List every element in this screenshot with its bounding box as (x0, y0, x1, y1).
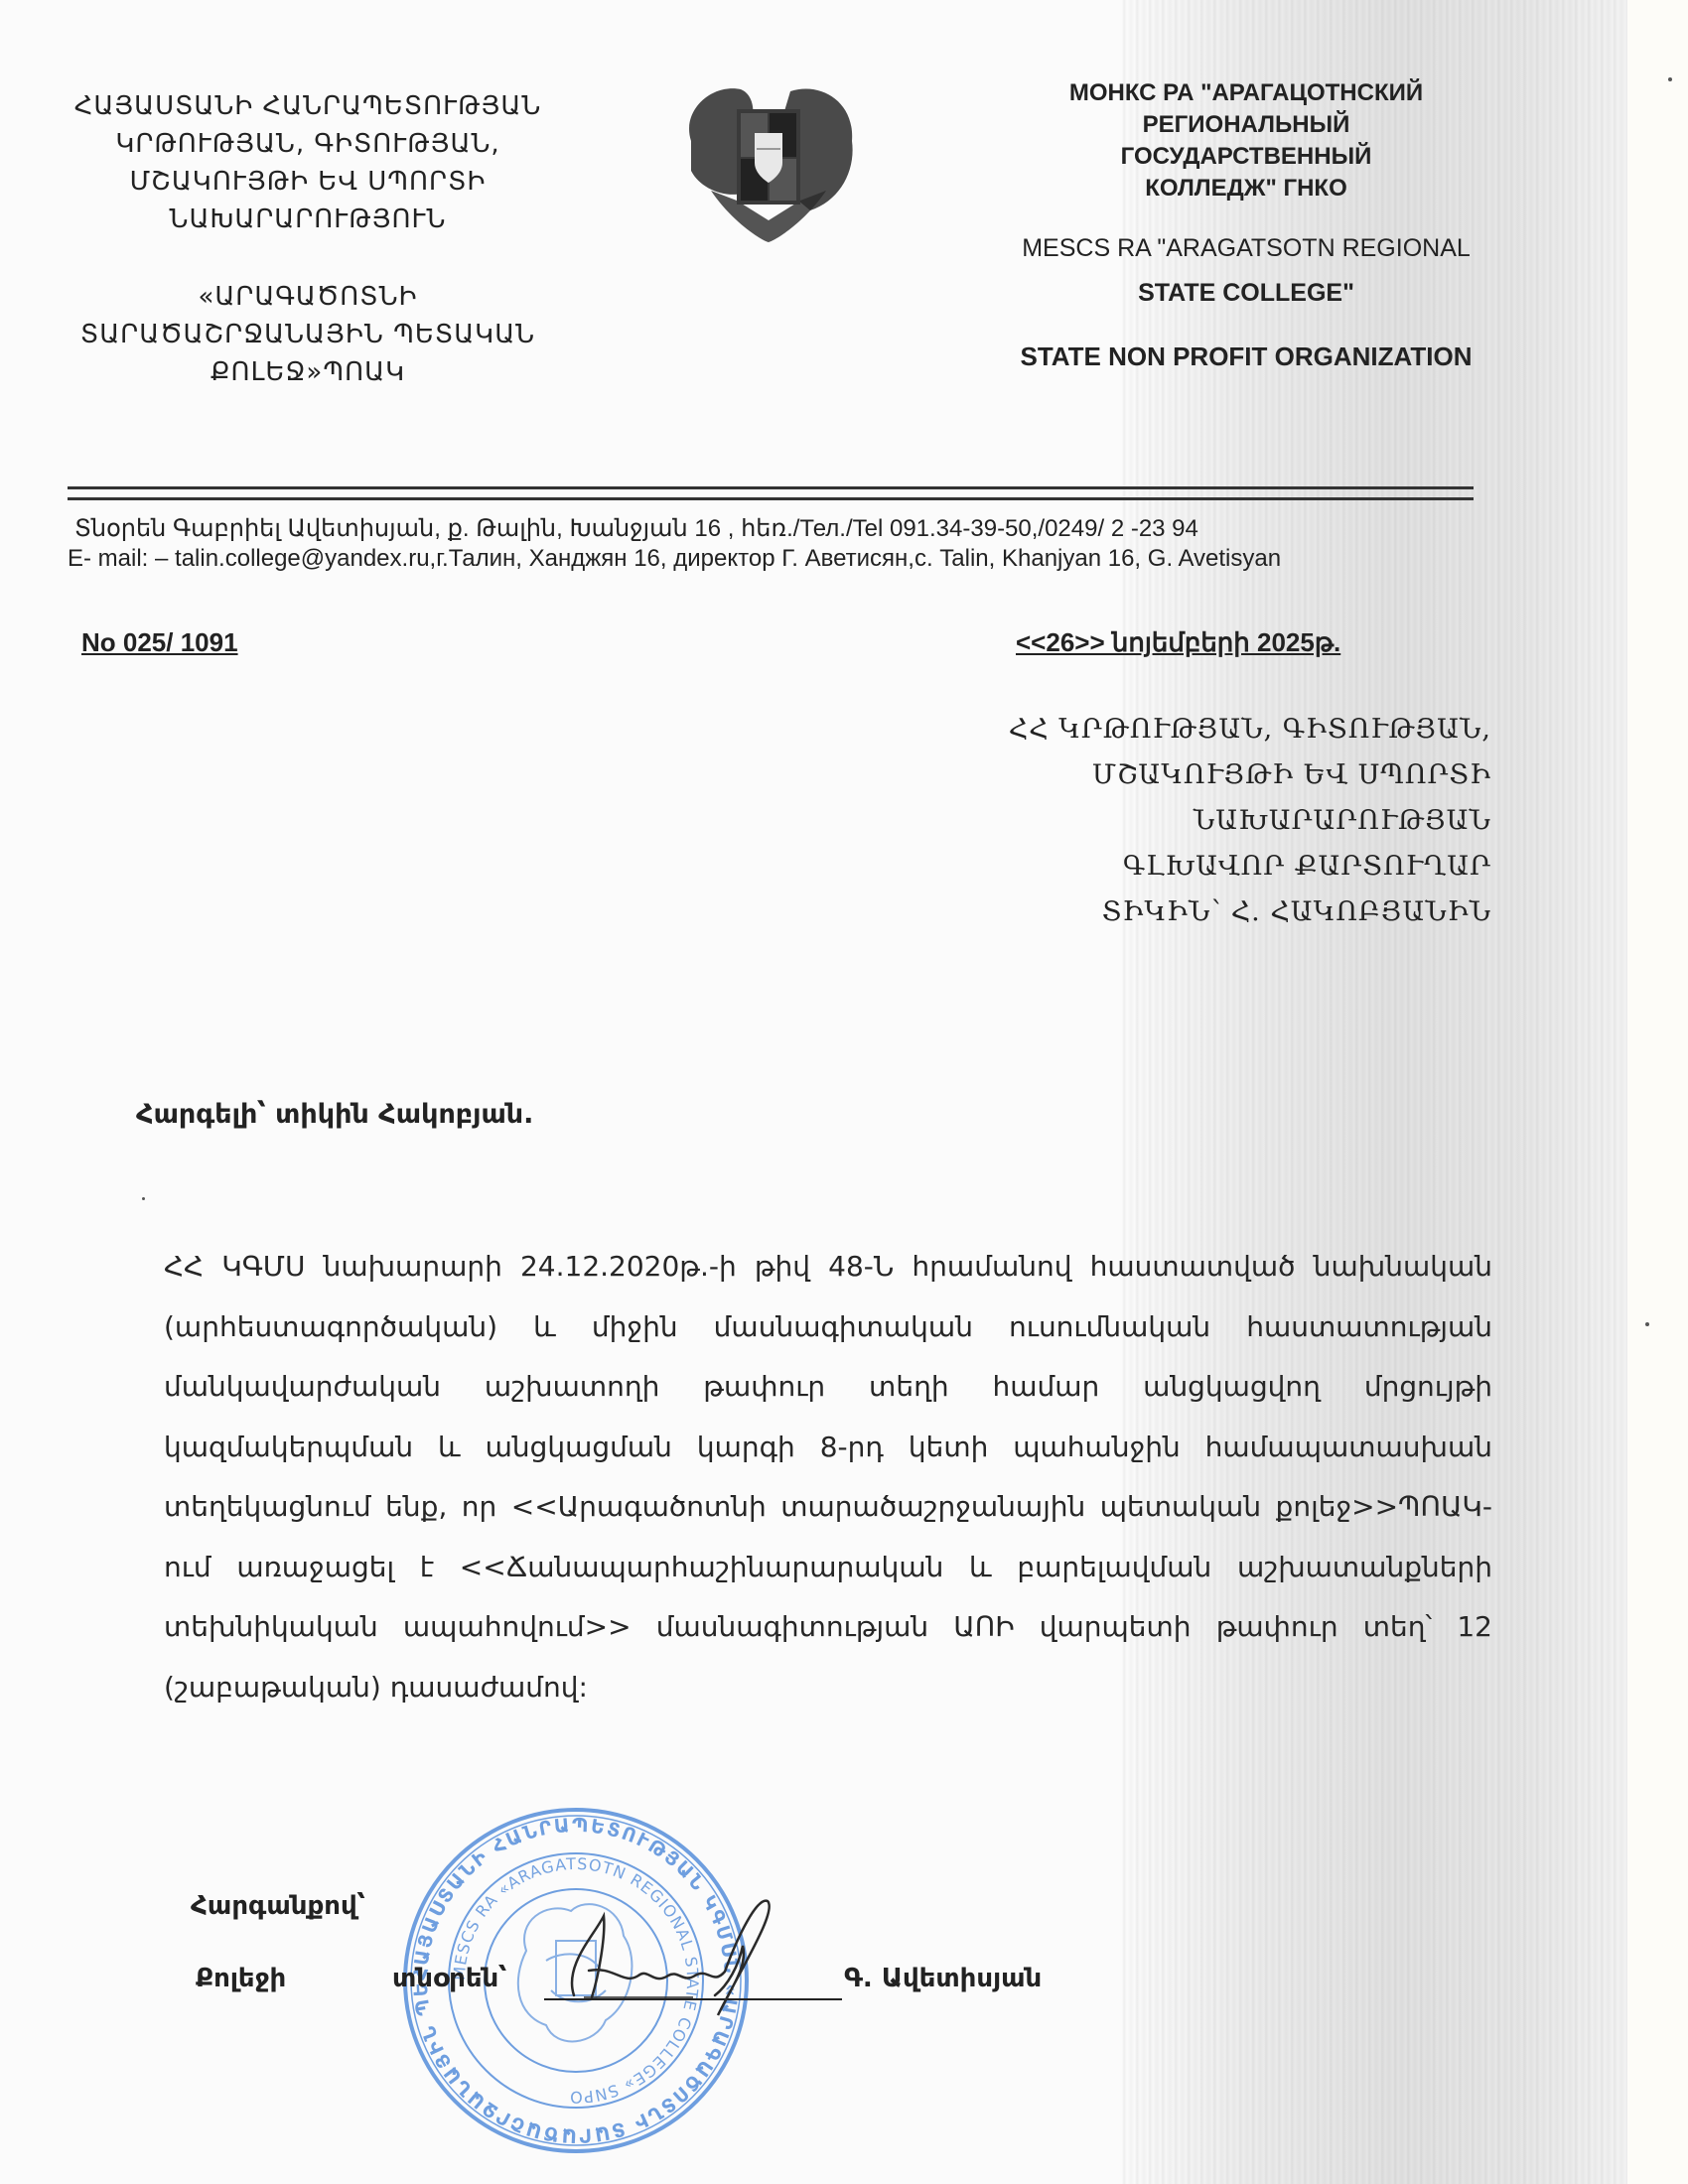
contact-info: Տնօրեն Գաբրիել Ավետիսյան, ք. Թալին, Խանջ… (74, 514, 1504, 574)
salutation: Հարգելի՝ տիկին Հակոբյան. (136, 1099, 533, 1130)
ministry-line-3: ՄՇԱԿՈՒՅԹԻ ԵՎ ՍՊՈՐՏԻ (30, 163, 586, 201)
scan-speck (142, 1197, 145, 1200)
college-en-line-2: STATE COLLEGE" (978, 276, 1514, 310)
college-line-2: ՏԱՐԱԾԱՇՐՋԱՆԱՅԻՆ ՊԵՏԱԿԱՆ (30, 316, 586, 353)
header-foreign-block: МОНКС РА "АРАГАЦОТНСКИЙ РЕГИОНАЛЬНЫЙ ГОС… (978, 77, 1514, 373)
scan-speck (1645, 1322, 1649, 1326)
document-number: No 025/ 1091 (81, 627, 238, 658)
recipient-line-2: ՄՇԱԿՈՒՅԹԻ ԵՎ ՍՊՈՐՏԻ (1009, 752, 1491, 798)
header-divider (68, 486, 1474, 500)
handwritten-signature-icon (544, 1876, 782, 2025)
recipient-line-1: ՀՀ ԿՐԹՈՒԹՅԱՆ, ԳԻՏՈՒԹՅԱՆ, (1009, 707, 1491, 752)
college-ru-line-3: ГОСУДАРСТВЕННЫЙ (978, 141, 1514, 173)
college-ru-line-2: РЕГИОНАЛЬНЫЙ (978, 109, 1514, 141)
ministry-line-1: ՀԱՅԱՍՏԱՆԻ ՀԱՆՐԱՊԵՏՈՒԹՅԱՆ (30, 87, 586, 125)
recipient-line-3: ՆԱԽԱՐԱՐՈՒԹՅԱՆ (1009, 798, 1491, 844)
header-armenian-block: ՀԱՅԱՍՏԱՆԻ ՀԱՆՐԱՊԵՏՈՒԹՅԱՆ ԿՐԹՈՒԹՅԱՆ, ԳԻՏՈ… (30, 87, 586, 391)
document-date: <<26>> նոյեմբերի 2025թ. (1016, 627, 1340, 658)
contact-line-1: Տնօրեն Գաբրիել Ավետիսյան, ք. Թալին, Խանջ… (74, 514, 1504, 544)
letter-body: ՀՀ ԿԳՄՍ նախարարի 24.12.2020թ.-ի թիվ 48-Ն… (164, 1237, 1492, 1717)
signatory-name: Գ. Ավետիսյան (844, 1964, 1042, 1993)
signature-regards: Հարգանքով՝ (191, 1891, 365, 1921)
recipient-line-4: ԳԼԽԱՎՈՐ ՔԱՐՏՈՒՂԱՐ (1009, 844, 1491, 889)
college-en-line-1: MESCS RA "ARAGATSOTN REGIONAL (978, 232, 1514, 264)
scan-speck (1668, 77, 1672, 81)
signature-title-director: տնօրեն՝ (392, 1964, 506, 1993)
college-ru-line-4: КОЛЛЕДЖ" ГНКО (978, 173, 1514, 205)
college-line-1: «ԱՐԱԳԱԾՈՏՆԻ (30, 278, 586, 316)
college-ru-line-1: МОНКС РА "АРАГАЦОТНСКИЙ (978, 77, 1514, 109)
recipient-line-5: ՏԻԿԻՆ՝ Հ. ՀԱԿՈԲՅԱՆԻՆ (1009, 889, 1491, 935)
signature-title-college: Քոլեջի (196, 1964, 286, 1993)
ministry-line-4: ՆԱԽԱՐԱՐՈՒԹՅՈՒՆ (30, 201, 586, 238)
college-en-line-3: STATE NON PROFIT ORGANIZATION (978, 340, 1514, 373)
college-line-3: ՔՈԼԵՋ»ՊՈԱԿ (30, 353, 586, 391)
contact-line-2: E- mail: – talin.college@yandex.ru,г.Тал… (68, 544, 1504, 574)
scan-margin (1626, 0, 1688, 2184)
body-paragraph: ՀՀ ԿԳՄՍ նախարարի 24.12.2020թ.-ի թիվ 48-Ն… (164, 1237, 1492, 1717)
coat-of-arms-icon (671, 71, 866, 246)
ministry-line-2: ԿՐԹՈՒԹՅԱՆ, ԳԻՏՈՒԹՅԱՆ, (30, 125, 586, 163)
recipient-block: ՀՀ ԿՐԹՈՒԹՅԱՆ, ԳԻՏՈՒԹՅԱՆ, ՄՇԱԿՈՒՅԹԻ ԵՎ ՍՊ… (1009, 707, 1491, 935)
